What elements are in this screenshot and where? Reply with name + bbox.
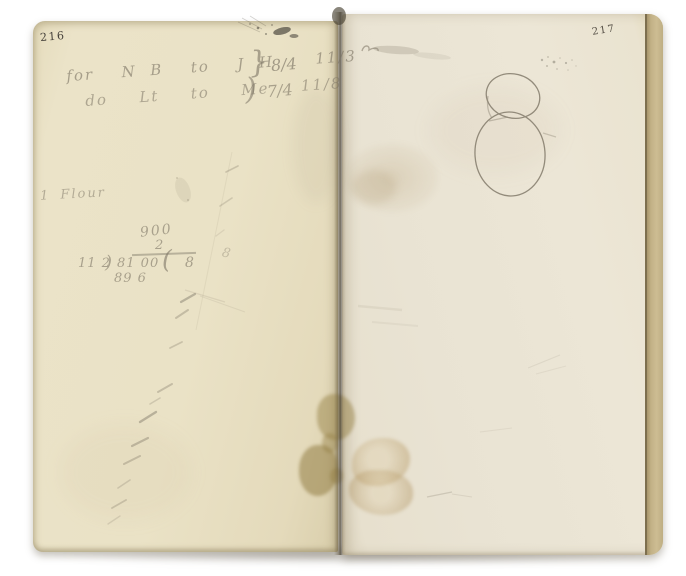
calc-product: 89 6 bbox=[114, 271, 147, 286]
page-block-fore-edge bbox=[645, 14, 663, 555]
handwriting-brace-2: ) bbox=[244, 72, 258, 108]
binding-gutter bbox=[334, 12, 346, 555]
page-number-216: 216 bbox=[39, 29, 66, 44]
right-page bbox=[342, 14, 663, 555]
handwriting-sum-2: 7/4 bbox=[266, 80, 293, 101]
calc-dividend: 81 00 bbox=[117, 256, 159, 271]
handwriting-sum-1: 8/4 bbox=[270, 54, 297, 75]
scanned-notebook-photo: { "photo": { "description": "Open accoun… bbox=[0, 0, 686, 576]
calc-close-paren: ( bbox=[162, 245, 172, 274]
calc-quotient: 8 bbox=[185, 255, 194, 271]
calc-open-paren: ) bbox=[105, 252, 112, 273]
